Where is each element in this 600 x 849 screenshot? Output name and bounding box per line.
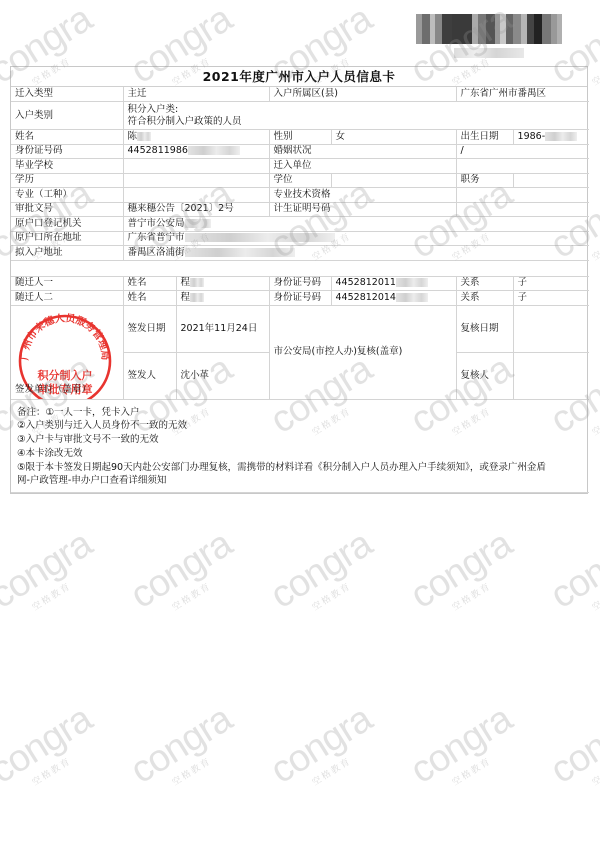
info-table: 迁入类型 主迁 入户所属区(县) 广东省广州市番禺区 入户类别 积分入户类: 符… xyxy=(11,87,589,493)
remark-line: ②入户类别与迁入人员身份不一致的无效 xyxy=(17,419,585,433)
companion-2-relation-label: 关系 xyxy=(456,291,513,306)
watermark-logo: congra空格教育 xyxy=(118,684,262,815)
table-row: 毕业学校 迁入单位 xyxy=(11,159,589,174)
review-date-value xyxy=(513,305,589,352)
table-row: 专业（工种） 专业技术资格 xyxy=(11,188,589,203)
redacted-block xyxy=(190,293,204,302)
name-text: 陈 xyxy=(128,131,138,142)
new-address-value: 番禺区洛浦街 xyxy=(123,246,589,261)
orig-address-text: 广东省普宁市 xyxy=(128,232,185,243)
orig-address-value: 广东省普宁市 xyxy=(123,231,589,246)
new-address-text: 番禺区洛浦街 xyxy=(128,247,185,258)
watermark-logo: congra空格教育 xyxy=(398,509,542,640)
companion-1-name-text: 程 xyxy=(181,277,191,288)
issuer-unit-cell: 广州市来穗人员服务管理局 积分制入户 审批专用章 签发单位（盖章） xyxy=(11,305,123,399)
redacted-block xyxy=(190,278,204,287)
remark-line: ⑤限于本卡签发日期起90天内赴公安部门办理复核，需携带的材料详看《积分制入户人员… xyxy=(17,461,585,475)
approval-no-label: 审批文号 xyxy=(11,202,123,217)
companion-2-label: 随迁人二 xyxy=(11,291,123,306)
degree-value xyxy=(331,173,456,188)
watermark-logo: congra空格教育 xyxy=(398,684,542,815)
companion-1-name-label: 姓名 xyxy=(123,276,176,291)
card-title: 2021年度广州市入户人员信息卡 xyxy=(11,67,587,87)
companion-2-name-value: 程 xyxy=(176,291,269,306)
marital-label: 婚姻状况 xyxy=(269,144,456,159)
remarks-cell: 备注：①一人一卡，凭卡入户 ②入户类别与迁入人员身份不一致的无效 ③入户卡与审批… xyxy=(11,399,589,493)
redacted-block xyxy=(545,132,577,141)
education-label: 学历 xyxy=(11,173,123,188)
orig-authority-text: 普宁市公安局 xyxy=(128,218,185,229)
remark-line: ③入户卡与审批文号不一致的无效 xyxy=(17,433,585,447)
degree-label: 学位 xyxy=(269,173,331,188)
category-value: 积分入户类: 符合积分制入户政策的人员 xyxy=(123,102,589,130)
redacted-block xyxy=(185,248,295,257)
employer-value xyxy=(456,159,589,174)
watermark-logo: congra空格教育 xyxy=(538,509,600,640)
companion-row: 随迁人一 姓名 程 身份证号码 4452812011 关系 子 xyxy=(11,276,589,291)
svg-text:广州市来穗人员服务管理局: 广州市来穗人员服务管理局 xyxy=(18,311,112,361)
spacer-cell xyxy=(11,260,589,276)
redacted-block xyxy=(137,132,151,141)
family-plan-label: 计生证明号码 xyxy=(269,202,456,217)
id-value: 4452811986 xyxy=(123,144,269,159)
redacted-block xyxy=(396,278,428,287)
position-value xyxy=(513,173,589,188)
district-label: 入户所属区(县) xyxy=(269,87,456,102)
id-text: 4452811986 xyxy=(128,145,188,156)
qualification-value xyxy=(456,188,589,203)
id-label: 身份证号码 xyxy=(11,144,123,159)
barcode-bars xyxy=(416,14,572,44)
redacted-block xyxy=(188,146,240,155)
major-value xyxy=(123,188,269,203)
gender-label: 性别 xyxy=(269,130,331,145)
issue-date-value: 2021年11月24日 xyxy=(176,305,269,352)
redacted-block xyxy=(185,219,211,228)
svg-text:积分制入户: 积分制入户 xyxy=(38,368,93,382)
issuer-label: 签发人 xyxy=(123,352,176,399)
move-type-value: 主迁 xyxy=(123,87,269,102)
household-info-card: 2021年度广州市入户人员信息卡 迁入类型 主迁 入户所属区(县) 广东省广州市… xyxy=(10,66,588,494)
companion-2-name-text: 程 xyxy=(181,292,191,303)
qualification-label: 专业技术资格 xyxy=(269,188,456,203)
major-label: 专业（工种） xyxy=(11,188,123,203)
table-row: 学历 学位 职务 xyxy=(11,173,589,188)
companion-2-id-label: 身份证号码 xyxy=(269,291,331,306)
table-row: 原户口登记机关 普宁市公安局 xyxy=(11,217,589,232)
companion-2-id-text: 4452812014 xyxy=(336,292,396,303)
reviewer-value xyxy=(513,352,589,399)
orig-authority-label: 原户口登记机关 xyxy=(11,217,123,232)
signature-row: 广州市来穗人员服务管理局 积分制入户 审批专用章 签发单位（盖章） 签发日期 2… xyxy=(11,305,589,352)
companion-row: 随迁人二 姓名 程 身份证号码 4452812014 关系 子 xyxy=(11,291,589,306)
redacted-block xyxy=(185,233,335,242)
remark-line: ④本卡涂改无效 xyxy=(17,447,585,461)
companion-2-relation-value: 子 xyxy=(513,291,589,306)
issuer-unit-label: 签发单位（盖章） xyxy=(15,384,91,395)
birth-value: 1986- xyxy=(513,130,589,145)
watermark-logo: congra空格教育 xyxy=(0,684,122,815)
birth-label: 出生日期 xyxy=(456,130,513,145)
school-label: 毕业学校 xyxy=(11,159,123,174)
watermark-logo: congra空格教育 xyxy=(0,509,122,640)
issuer-value: 沈小革 xyxy=(176,352,269,399)
family-plan-value xyxy=(456,202,589,217)
table-row: 姓名 陈 性别 女 出生日期 1986- xyxy=(11,130,589,145)
category-value-line2: 符合积分制入户政策的人员 xyxy=(128,116,586,128)
table-row: 审批文号 穗来穗公告〔2021〕2号 计生证明号码 xyxy=(11,202,589,217)
approval-no-value: 穗来穗公告〔2021〕2号 xyxy=(123,202,269,217)
move-type-label: 迁入类型 xyxy=(11,87,123,102)
review-date-label: 复核日期 xyxy=(456,305,513,352)
table-row: 入户类别 积分入户类: 符合积分制入户政策的人员 xyxy=(11,102,589,130)
table-row: 迁入类型 主迁 入户所属区(县) 广东省广州市番禺区 xyxy=(11,87,589,102)
education-value xyxy=(123,173,269,188)
position-label: 职务 xyxy=(456,173,513,188)
name-label: 姓名 xyxy=(11,130,123,145)
marital-value: / xyxy=(456,144,589,159)
remark-line: 网-户政管理-申办户口查看详细须知 xyxy=(17,474,585,488)
redacted-block xyxy=(396,293,428,302)
watermark-logo: congra空格教育 xyxy=(258,509,402,640)
table-row: 原户口所在地址 广东省普宁市 xyxy=(11,231,589,246)
companion-1-label: 随迁人一 xyxy=(11,276,123,291)
review-label: 市公安局(市控人办)复核(盖章) xyxy=(269,305,456,399)
school-value xyxy=(123,159,269,174)
gender-value: 女 xyxy=(331,130,456,145)
watermark-logo: congra空格教育 xyxy=(258,684,402,815)
companion-2-id-value: 4452812014 xyxy=(331,291,456,306)
companion-1-relation-label: 关系 xyxy=(456,276,513,291)
birth-text: 1986- xyxy=(518,131,546,142)
reviewer-label: 复核人 xyxy=(456,352,513,399)
remarks-row: 备注：①一人一卡，凭卡入户 ②入户类别与迁入人员身份不一致的无效 ③入户卡与审批… xyxy=(11,399,589,493)
companion-1-id-label: 身份证号码 xyxy=(269,276,331,291)
companion-2-name-label: 姓名 xyxy=(123,291,176,306)
companion-1-name-value: 程 xyxy=(176,276,269,291)
companion-1-id-value: 4452812011 xyxy=(331,276,456,291)
table-row: 身份证号码 4452811986 婚姻状况 / xyxy=(11,144,589,159)
new-address-label: 拟入户地址 xyxy=(11,246,123,261)
watermark-logo: congra空格教育 xyxy=(538,684,600,815)
remark-line: 备注：①一人一卡，凭卡入户 xyxy=(17,406,585,420)
district-value: 广东省广州市番禺区 xyxy=(456,87,589,102)
category-value-line1: 积分入户类: xyxy=(128,104,586,116)
barcode-number-redacted xyxy=(454,48,524,58)
orig-address-label: 原户口所在地址 xyxy=(11,231,123,246)
watermark-logo: congra空格教育 xyxy=(118,509,262,640)
orig-authority-value: 普宁市公安局 xyxy=(123,217,589,232)
employer-label: 迁入单位 xyxy=(269,159,456,174)
spacer-row xyxy=(11,260,589,276)
name-value: 陈 xyxy=(123,130,269,145)
issue-date-label: 签发日期 xyxy=(123,305,176,352)
companion-1-relation-value: 子 xyxy=(513,276,589,291)
table-row: 拟入户地址 番禺区洛浦街 xyxy=(11,246,589,261)
barcode-icon xyxy=(414,8,574,66)
category-label: 入户类别 xyxy=(11,102,123,130)
companion-1-id-text: 4452812011 xyxy=(336,277,396,288)
